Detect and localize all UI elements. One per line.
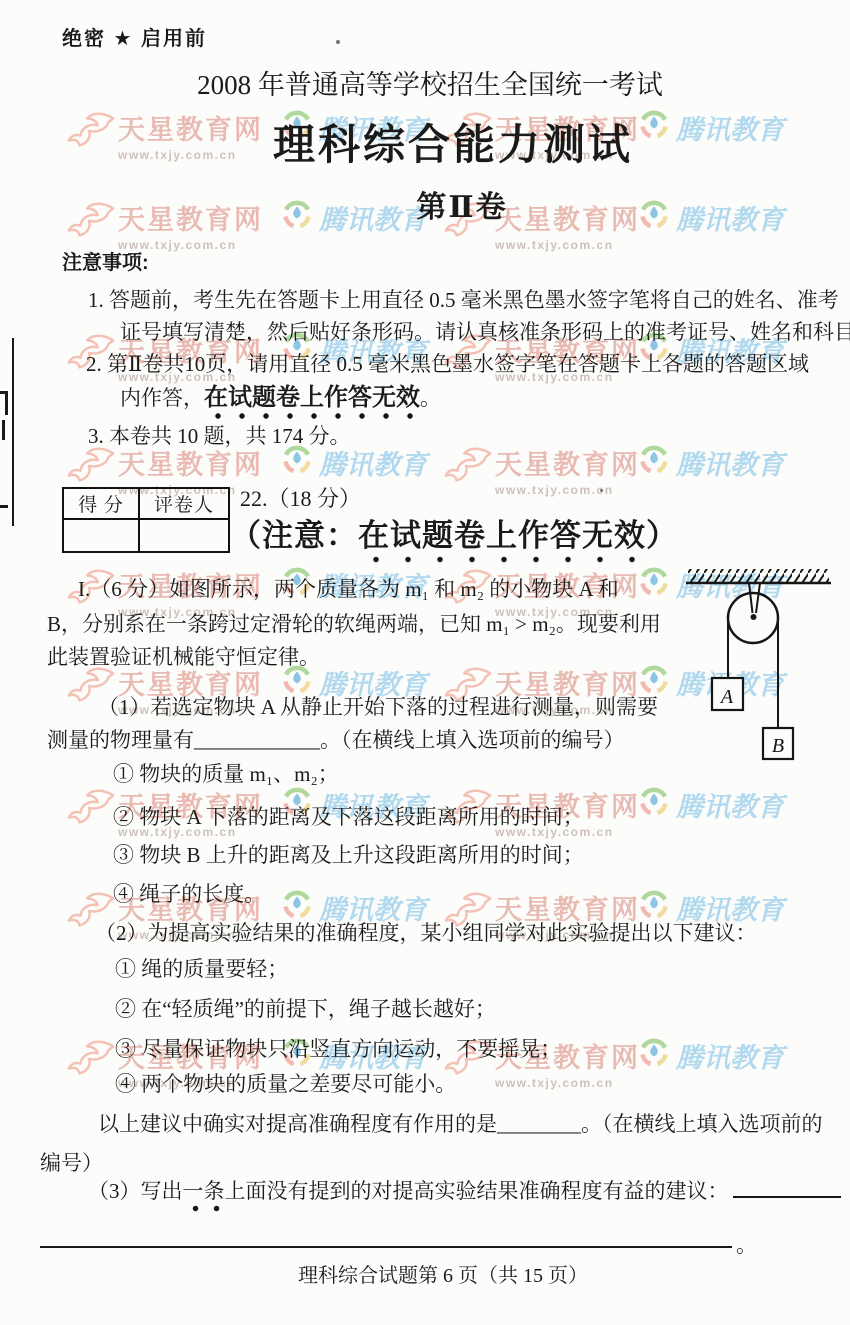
score-table-score-cell: [64, 520, 140, 551]
notice-3: 3. 本卷共 10 题，共 174 分。: [88, 423, 351, 449]
question-22-heading: 22.（18 分）: [240, 485, 361, 513]
scan-artifact-mark: [5, 391, 8, 415]
notice-2-line-1: 2. 第Ⅱ卷共10页，请用直径 0.5 毫米黑色墨水签字笔在答题卡上各题的答题区…: [86, 351, 809, 377]
part1-intro-line-1: I.（6 分）如图所示，两个质量各为 m₁ 和 m₂ 的小物块 A 和: [78, 576, 619, 602]
volume-title: 第Ⅱ卷: [37, 189, 850, 227]
scan-artifact-mark: [2, 420, 5, 440]
part1-q2-line: （2）为提高实验结果的准确程度，某小组同学对此实验提出以下建议：: [95, 920, 757, 946]
question-22-notice-emphasis: 在试题卷上作答无效: [358, 518, 646, 565]
block-a-label: A: [719, 686, 734, 708]
ceiling-hatch: [688, 569, 829, 582]
part1-q1-line-2: 测量的物理量有____________。（在横线上填入选项前的编号）: [47, 727, 625, 753]
score-table-grader-cell: [140, 520, 228, 551]
part1-intro-line-2: B，分别系在一条跨过定滑轮的软绳两端，已知 m₁ > m₂。现要利用: [47, 611, 661, 637]
notices-heading: 注意事项:: [62, 251, 149, 276]
security-label: 绝密 ★ 启用前: [62, 27, 207, 52]
notice-2-line-2-emphasis: 在试题卷上作答无效: [204, 384, 420, 421]
block-b-label: B: [772, 735, 784, 757]
scan-artifact-speck: [600, 489, 603, 492]
option-4: ④ 绳子的长度。: [113, 881, 265, 907]
notice-2-line-2-suffix: 。: [420, 386, 441, 410]
suggestion-2: ② 在“轻质绳”的前提下，绳子越长越好；: [115, 996, 496, 1022]
pulley-axle: [751, 614, 757, 620]
conclusion-line-1: 以上建议中确实对提高准确程度有作用的是________。（在横线上填入选项前的: [98, 1111, 823, 1137]
q3-emphasis: 一条: [183, 1179, 225, 1213]
score-table: 得 分 评卷人: [62, 487, 230, 553]
option-1: ① 物块的质量 m₁、m₂；: [113, 761, 339, 787]
exam-title: 2008 年普通高等学校招生全国统一考试: [5, 69, 850, 103]
scan-artifact-speck: [336, 40, 340, 44]
score-table-score-header: 得 分: [64, 489, 140, 520]
notice-1-line-2: 证号填写清楚，然后贴好条形码。请认真核准条形码上的准考证号、姓名和科目。: [120, 319, 850, 345]
part1-intro-line-3: 此装置验证机械能守恒定律。: [47, 644, 320, 670]
q3-answer-blank: [733, 1194, 841, 1198]
option-3: ③ 物块 B 上升的距离及上升这段距离所用的时间；: [113, 842, 584, 868]
page-footer: 理科综合试题第 6 页（共 15 页）: [18, 1264, 850, 1289]
exam-page: 天星教育网 www.txjy.com.cn 腾讯教育: [0, 0, 850, 1325]
part1-q3-line: （3）写出一条上面没有提到的对提高实验结果准确程度有益的建议：: [88, 1178, 841, 1204]
question-22-notice: （注意：在试题卷上作答无效）: [230, 517, 678, 556]
answer-blank-line: [40, 1246, 732, 1248]
scan-artifact-vertical-line: [12, 338, 14, 526]
score-table-grader-header: 评卷人: [140, 489, 228, 520]
suggestion-3: ③ 尽量保证物块只沿竖直方向运动，不要摇晃；: [115, 1036, 561, 1062]
pulley-figure: A B: [680, 560, 845, 772]
suggestion-4: ④ 两个物块的质量之差要尽可能小。: [115, 1071, 456, 1097]
subject-title: 理科综合能力测试: [28, 119, 850, 172]
answer-blank-period: 。: [736, 1232, 757, 1258]
notice-2-line-2: 内作答，在试题卷上作答无效。: [120, 383, 441, 413]
notice-2-line-2-prefix: 内作答，: [120, 386, 204, 410]
q3-prefix: （3）写出: [88, 1179, 183, 1203]
question-22-notice-open: （注意：: [230, 518, 358, 553]
part1-q1-line-1: （1）若选定物块 A 从静止开始下落的过程进行测量，则需要: [98, 694, 658, 720]
q3-suffix: 上面没有提到的对提高实验结果准确程度有益的建议：: [225, 1179, 729, 1203]
notice-1-line-1: 1. 答题前，考生先在答题卡上用直径 0.5 毫米黑色墨水签字笔将自己的姓名、准…: [88, 287, 839, 313]
scan-artifact-mark: [0, 505, 8, 508]
conclusion-line-2: 编号）: [40, 1150, 103, 1176]
question-22-notice-close: ）: [646, 518, 678, 553]
suggestion-1: ① 绳的质量要轻；: [115, 956, 288, 982]
option-2: ② 物块 A 下落的距离及下落这段距离所用的时间；: [113, 804, 584, 830]
